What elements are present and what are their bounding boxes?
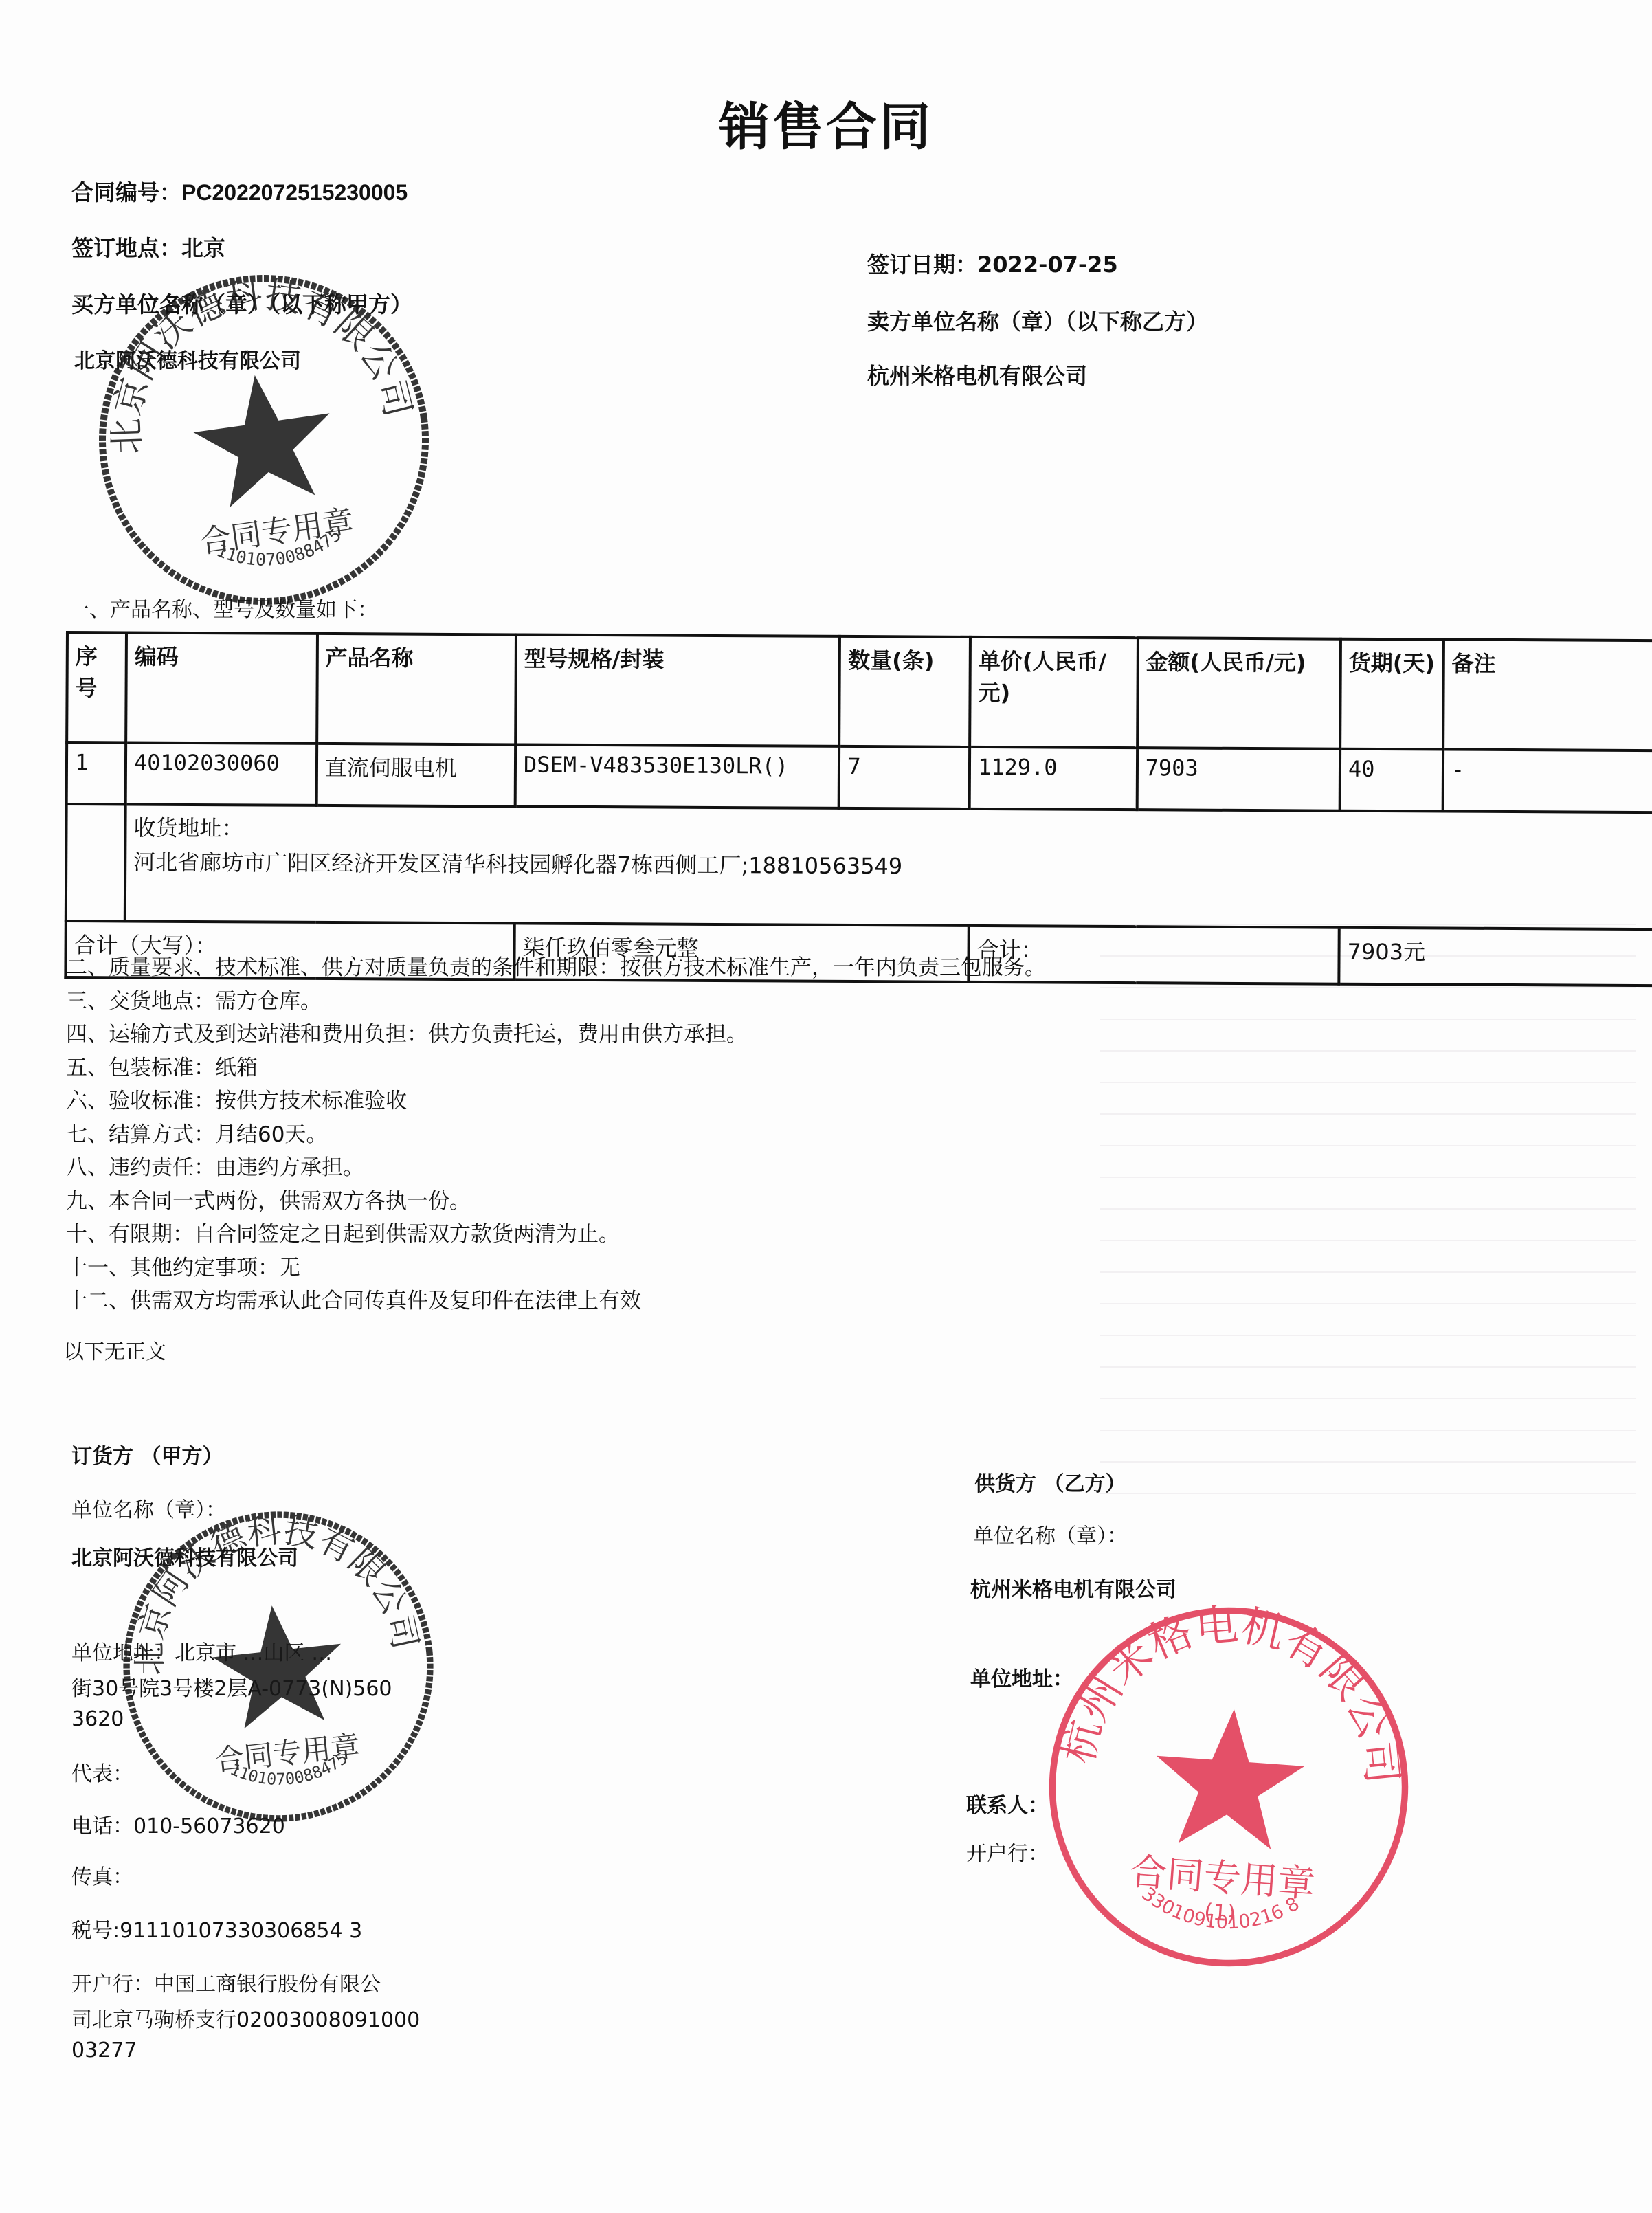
- clause-10: 十、有限期：自合同签定之日起到供需双方款货两清为止。: [66, 1218, 1046, 1252]
- delivery-address-row: 收货地址： 河北省廊坊市广阳区经济开发区清华科技园孵化器7栋西侧工厂;18810…: [66, 804, 1652, 929]
- sign-date: 签订日期：2022-07-25: [867, 247, 1118, 279]
- contract-number: 合同编号：PC2022072515230005: [71, 175, 408, 207]
- cell-quantity: 7: [839, 746, 970, 809]
- clause-5: 五、包装标准：纸箱: [66, 1052, 1046, 1085]
- clause-4: 四、运输方式及到达站港和费用负担：供方负责托运，费用由供方承担。: [66, 1018, 1046, 1052]
- sign-place: 签订地点：北京: [71, 231, 225, 263]
- contract-page: 销售合同 合同编号：PC2022072515230005 签订地点：北京 买方单…: [0, 0, 1652, 2213]
- clause-9: 九、本合同一式两份，供需双方各执一份。: [66, 1185, 1046, 1219]
- buyer-company-seal-bottom: 北京阿沃德科技有限公司 合同专用章 1101070088475: [101, 1489, 456, 1845]
- contract-clauses: 二、质量要求、技术标准、供方对质量负责的条件和期限：按供方技术标准生产，一年内负…: [66, 951, 1046, 1318]
- cell-lead-time: 40: [1340, 749, 1443, 812]
- seller-heading: 卖方单位名称（章）（以下称乙方）: [867, 304, 1208, 336]
- delivery-address: 河北省廊坊市广阳区经济开发区清华科技园孵化器7栋西侧工厂;18810563549: [133, 845, 1647, 887]
- buyer-address-line3: 3620: [71, 1707, 124, 1731]
- seal-icon: 北京阿沃德科技有限公司 合同专用章 1101070088475: [101, 1489, 456, 1845]
- col-header-code: 编码: [126, 632, 317, 743]
- buyer-fax-label: 传真：: [71, 1860, 133, 1890]
- seller-name: 杭州米格电机有限公司: [867, 359, 1087, 390]
- buyer-bank-line2: 司北京马驹桥支行02003008091000: [71, 2003, 420, 2033]
- buyer-bank-line1: 开户行：中国工商银行股份有限公: [71, 1967, 381, 1997]
- clause-3: 三、交货地点：需方仓库。: [66, 985, 1046, 1019]
- seller-company-seal: 杭州米格电机有限公司 合同专用章 (1) 3301091010216 8: [1031, 1589, 1427, 1985]
- buyer-bank-line3: 03277: [71, 2038, 137, 2062]
- col-header-index: 序号: [67, 632, 126, 742]
- buyer-company-seal-top: 北京阿沃德科技有限公司 合同专用章 1101070088475: [70, 246, 458, 634]
- clause-2: 二、质量要求、技术标准、供方对质量负责的条件和期限：按供方技术标准生产，一年内负…: [66, 951, 1046, 985]
- seller-contact-label: 联系人：: [966, 1788, 1049, 1819]
- table-header-row: 序号 编码 产品名称 型号规格/封装 数量(条) 单价(人民币/元) 金额(人民…: [67, 632, 1652, 750]
- seller-block-heading: 供货方 （乙方）: [974, 1467, 1126, 1497]
- col-header-lead-time: 货期(天): [1340, 639, 1444, 750]
- product-table: 序号 编码 产品名称 型号规格/封装 数量(条) 单价(人民币/元) 金额(人民…: [64, 631, 1652, 987]
- cell-index: 1: [67, 742, 126, 804]
- cell-name: 直流伺服电机: [316, 744, 515, 807]
- seller-bank-label: 开户行：: [966, 1836, 1049, 1867]
- col-header-quantity: 数量(条): [840, 636, 970, 747]
- end-note: 以下无正文: [63, 1335, 166, 1365]
- col-header-amount: 金额(人民币/元): [1137, 638, 1341, 749]
- seal-icon: 北京阿沃德科技有限公司 合同专用章 1101070088475: [70, 246, 458, 634]
- cell-unit-price: 1129.0: [970, 747, 1137, 810]
- col-header-name: 产品名称: [317, 634, 516, 745]
- col-header-remark: 备注: [1443, 639, 1652, 750]
- seller-unit-name-label: 单位名称（章）：: [973, 1519, 1128, 1549]
- cell-remark: -: [1442, 749, 1652, 812]
- buyer-block-heading: 订货方 （甲方）: [71, 1439, 223, 1469]
- clause-8: 八、违约责任：由违约方承担。: [66, 1151, 1046, 1185]
- clause-11: 十一、其他约定事项：无: [66, 1252, 1046, 1285]
- buyer-tax-no: 税号:91110107330306854 3: [71, 1913, 362, 1944]
- clause-12: 十二、供需双方均需承认此合同传真件及复印件在法律上有效: [66, 1285, 1046, 1318]
- clause-7: 七、结算方式：月结60天。: [66, 1118, 1046, 1152]
- buyer-rep-label: 代表：: [71, 1757, 133, 1787]
- col-header-model: 型号规格/封装: [515, 634, 840, 746]
- col-header-unit-price: 单价(人民币/元): [970, 637, 1137, 748]
- document-title: 销售合同: [0, 87, 1652, 159]
- cell-code: 40102030060: [126, 742, 317, 805]
- clause-6: 六、验收标准：按供方技术标准验收: [66, 1085, 1046, 1118]
- total-value: 7903元: [1339, 928, 1652, 986]
- seal-icon: 杭州米格电机有限公司 合同专用章 (1) 3301091010216 8: [1031, 1589, 1427, 1985]
- cell-amount: 7903: [1137, 748, 1340, 811]
- cell-model: DSEM-V483530E130LR(): [515, 744, 840, 808]
- table-row: 1 40102030060 直流伺服电机 DSEM-V483530E130LR(…: [67, 742, 1652, 812]
